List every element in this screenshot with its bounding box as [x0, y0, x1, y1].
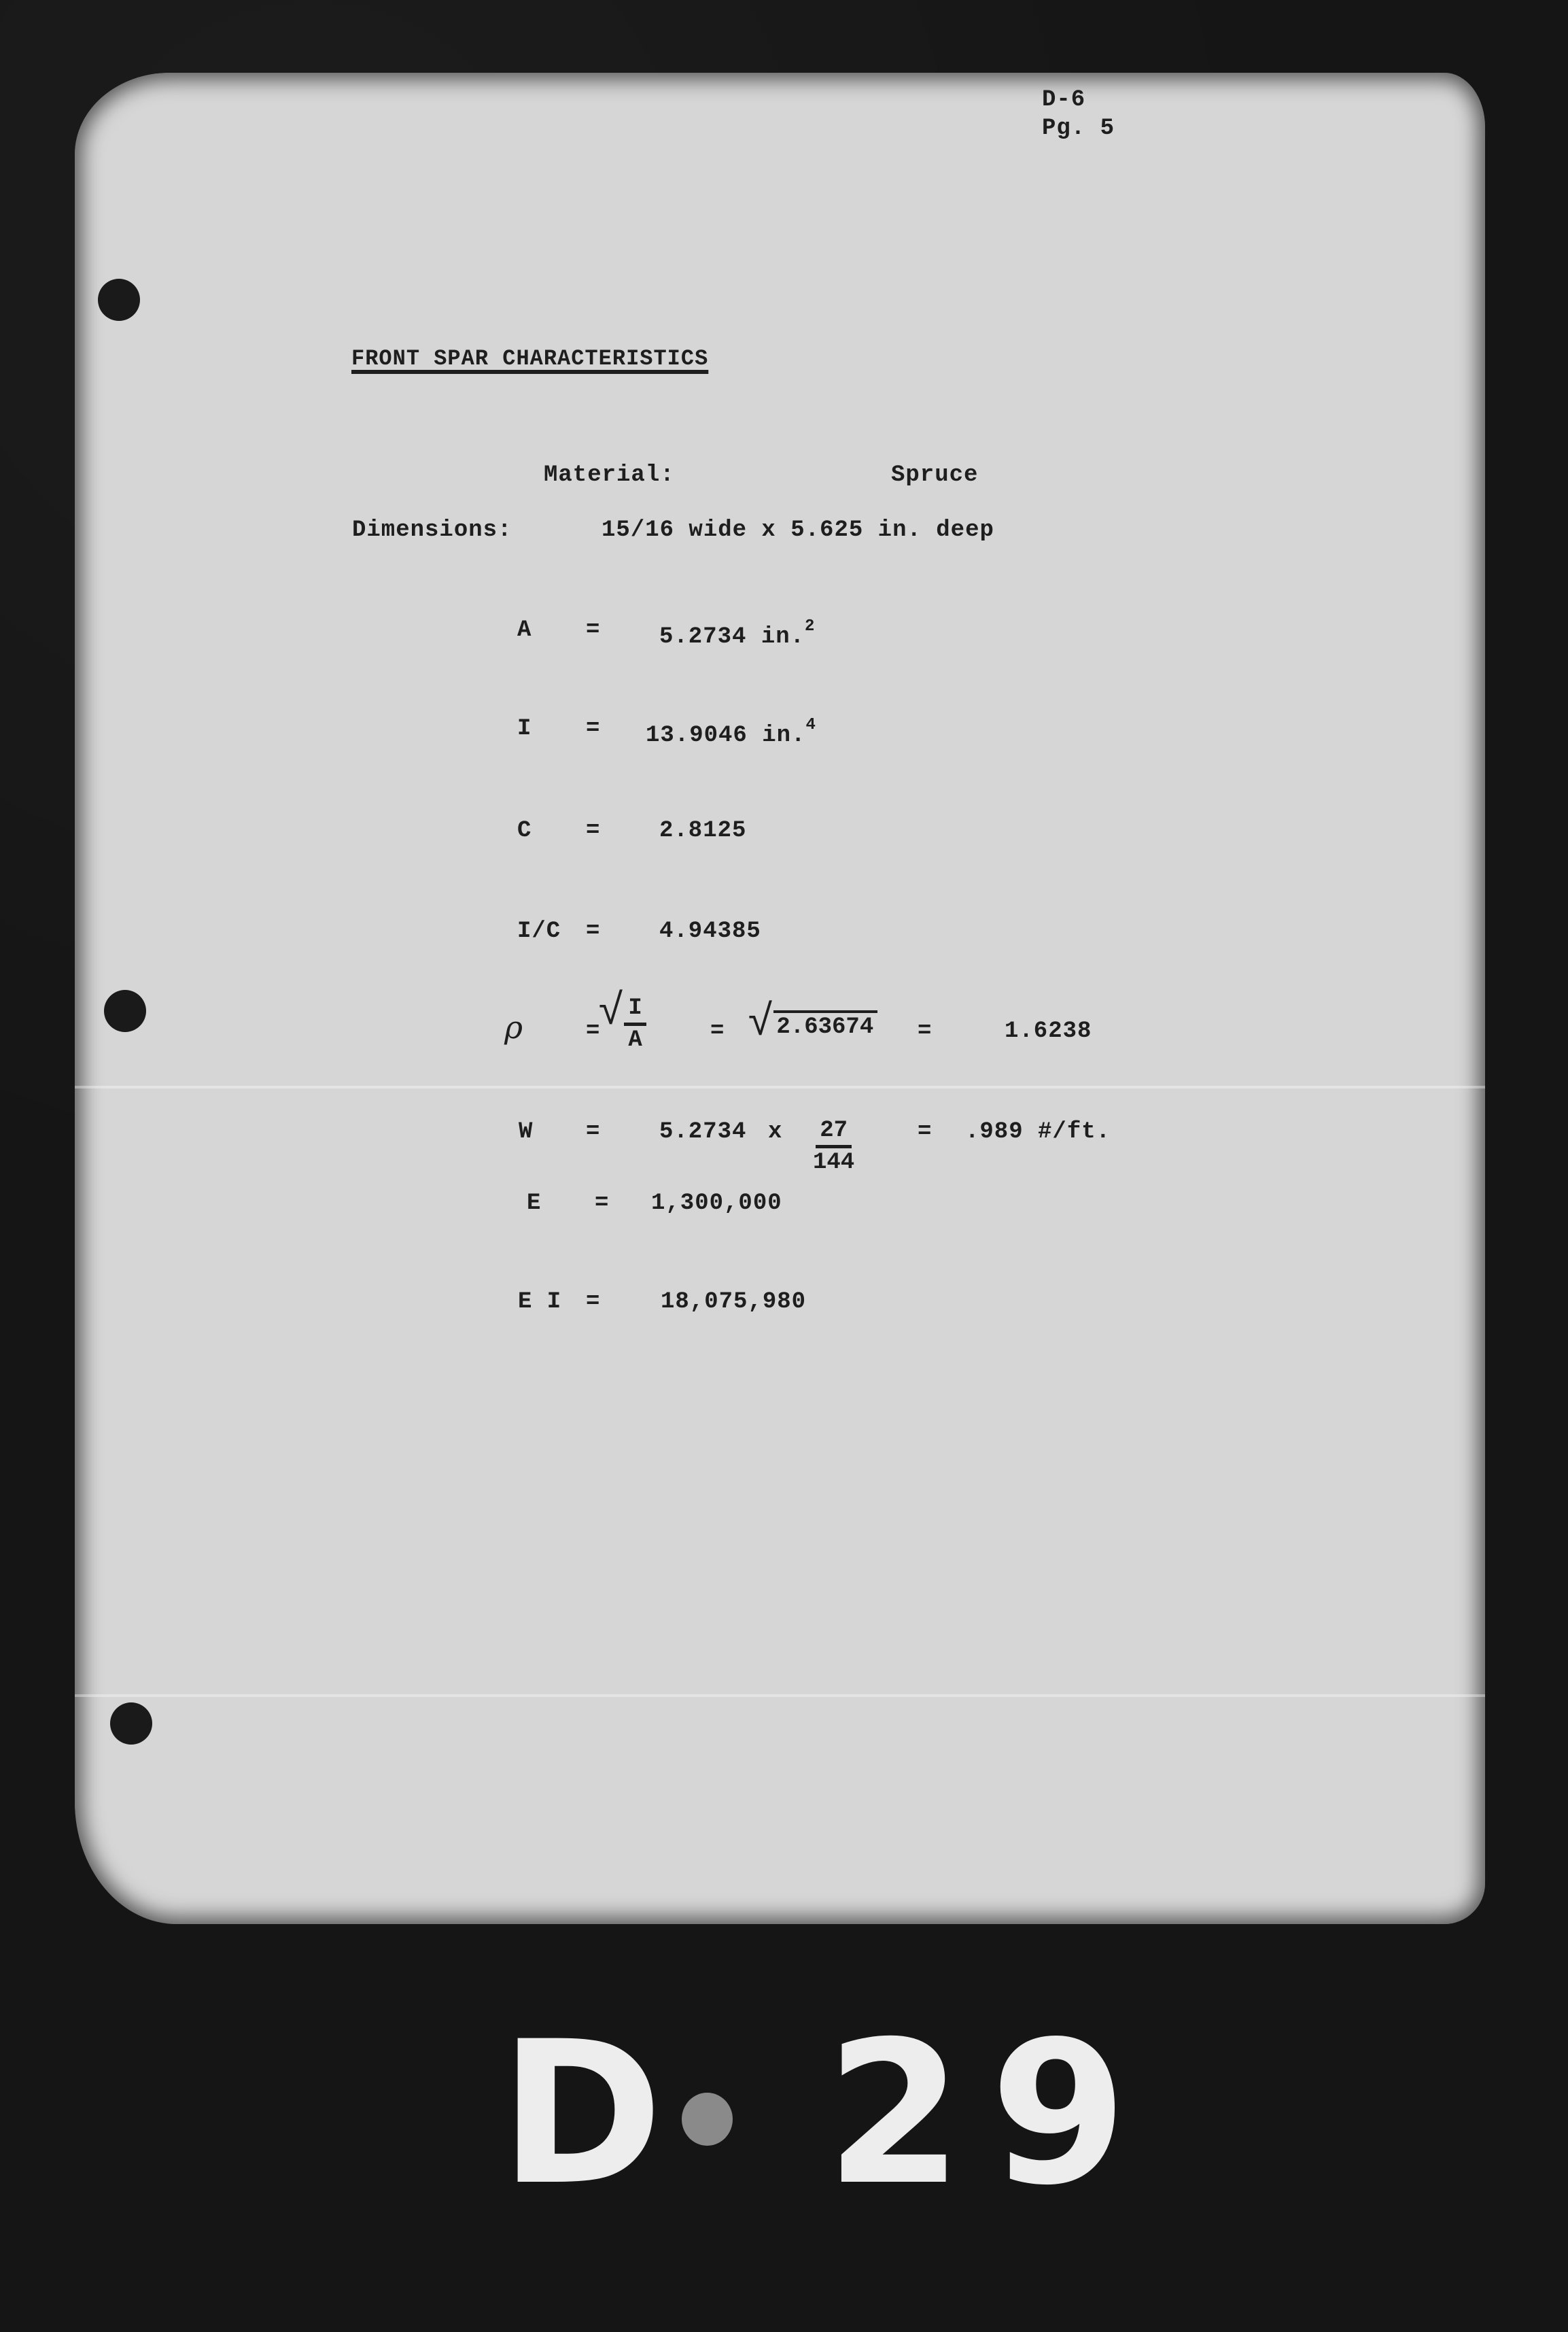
area-symbol: A [517, 619, 532, 642]
weight-factor: 5.2734 [659, 1120, 746, 1144]
weight-fraction-denominator: 144 [813, 1148, 854, 1176]
weight-symbol: W [519, 1120, 533, 1144]
stiffness-symbol: E I [518, 1290, 561, 1314]
rho-fraction-numerator: I [624, 997, 646, 1026]
rho-equals-2: = [710, 1020, 725, 1043]
c-equals: = [586, 819, 600, 842]
material-label: Material: [544, 464, 675, 487]
area-number: 5.2734 in. [659, 624, 805, 650]
film-label-letter: D [500, 2016, 663, 2213]
area-exponent: 2 [805, 617, 815, 636]
sqrt-icon: √ [748, 1005, 773, 1044]
weight-fraction-numerator: 27 [816, 1119, 852, 1148]
section-modulus-equals: = [586, 920, 600, 943]
rho-fraction: I A [624, 997, 646, 1052]
rho-fraction-denominator: A [628, 1026, 642, 1053]
modulus-equals: = [595, 1192, 609, 1215]
rho-equals-3: = [918, 1020, 932, 1043]
area-value: 5.2734 in.2 [659, 619, 815, 649]
document-page [75, 73, 1485, 1924]
weight-result: .989 #/ft. [965, 1120, 1111, 1144]
inertia-exponent: 4 [805, 716, 816, 734]
document-id: D-6 [1042, 88, 1085, 112]
material-value: Spruce [891, 464, 978, 487]
inertia-symbol: I [517, 717, 532, 740]
inertia-equals: = [586, 717, 600, 740]
dimensions-label: Dimensions: [352, 519, 512, 542]
film-label-number: 29 [826, 2016, 1155, 2213]
weight-equals-2: = [918, 1120, 932, 1144]
inertia-value: 13.9046 in.4 [646, 717, 816, 747]
rho-sqrt-value: √ 2.63674 [748, 1005, 877, 1044]
stiffness-equals: = [586, 1290, 600, 1314]
inertia-number: 13.9046 in. [646, 723, 805, 749]
weight-equals-1: = [586, 1120, 600, 1144]
modulus-symbol: E [527, 1192, 541, 1215]
section-modulus-value: 4.94385 [659, 920, 761, 943]
page-number: Pg. 5 [1042, 117, 1115, 140]
rho-sqrt-fraction: √ I A [598, 994, 646, 1052]
rho-symbol: ρ [504, 1012, 523, 1043]
rho-radicand: 2.63674 [773, 1010, 877, 1040]
area-equals: = [586, 619, 600, 642]
film-label-dot [682, 2093, 733, 2146]
stiffness-value: 18,075,980 [661, 1290, 806, 1314]
dimensions-value: 15/16 wide x 5.625 in. deep [602, 519, 994, 542]
c-symbol: C [517, 819, 532, 842]
c-value: 2.8125 [659, 819, 746, 842]
sqrt-icon: √ [598, 994, 624, 1033]
rho-result: 1.6238 [1005, 1020, 1092, 1043]
weight-fraction: 27 144 [813, 1119, 854, 1175]
weight-times: x [768, 1120, 782, 1144]
page-title: FRONT SPAR CHARACTERISTICS [351, 348, 708, 370]
punch-hole-top [98, 279, 140, 321]
punch-hole-bottom [110, 1702, 152, 1745]
punch-hole-middle [104, 990, 146, 1032]
modulus-value: 1,300,000 [651, 1192, 782, 1215]
section-modulus-symbol: I/C [517, 920, 561, 943]
scan-line [75, 1694, 1485, 1697]
